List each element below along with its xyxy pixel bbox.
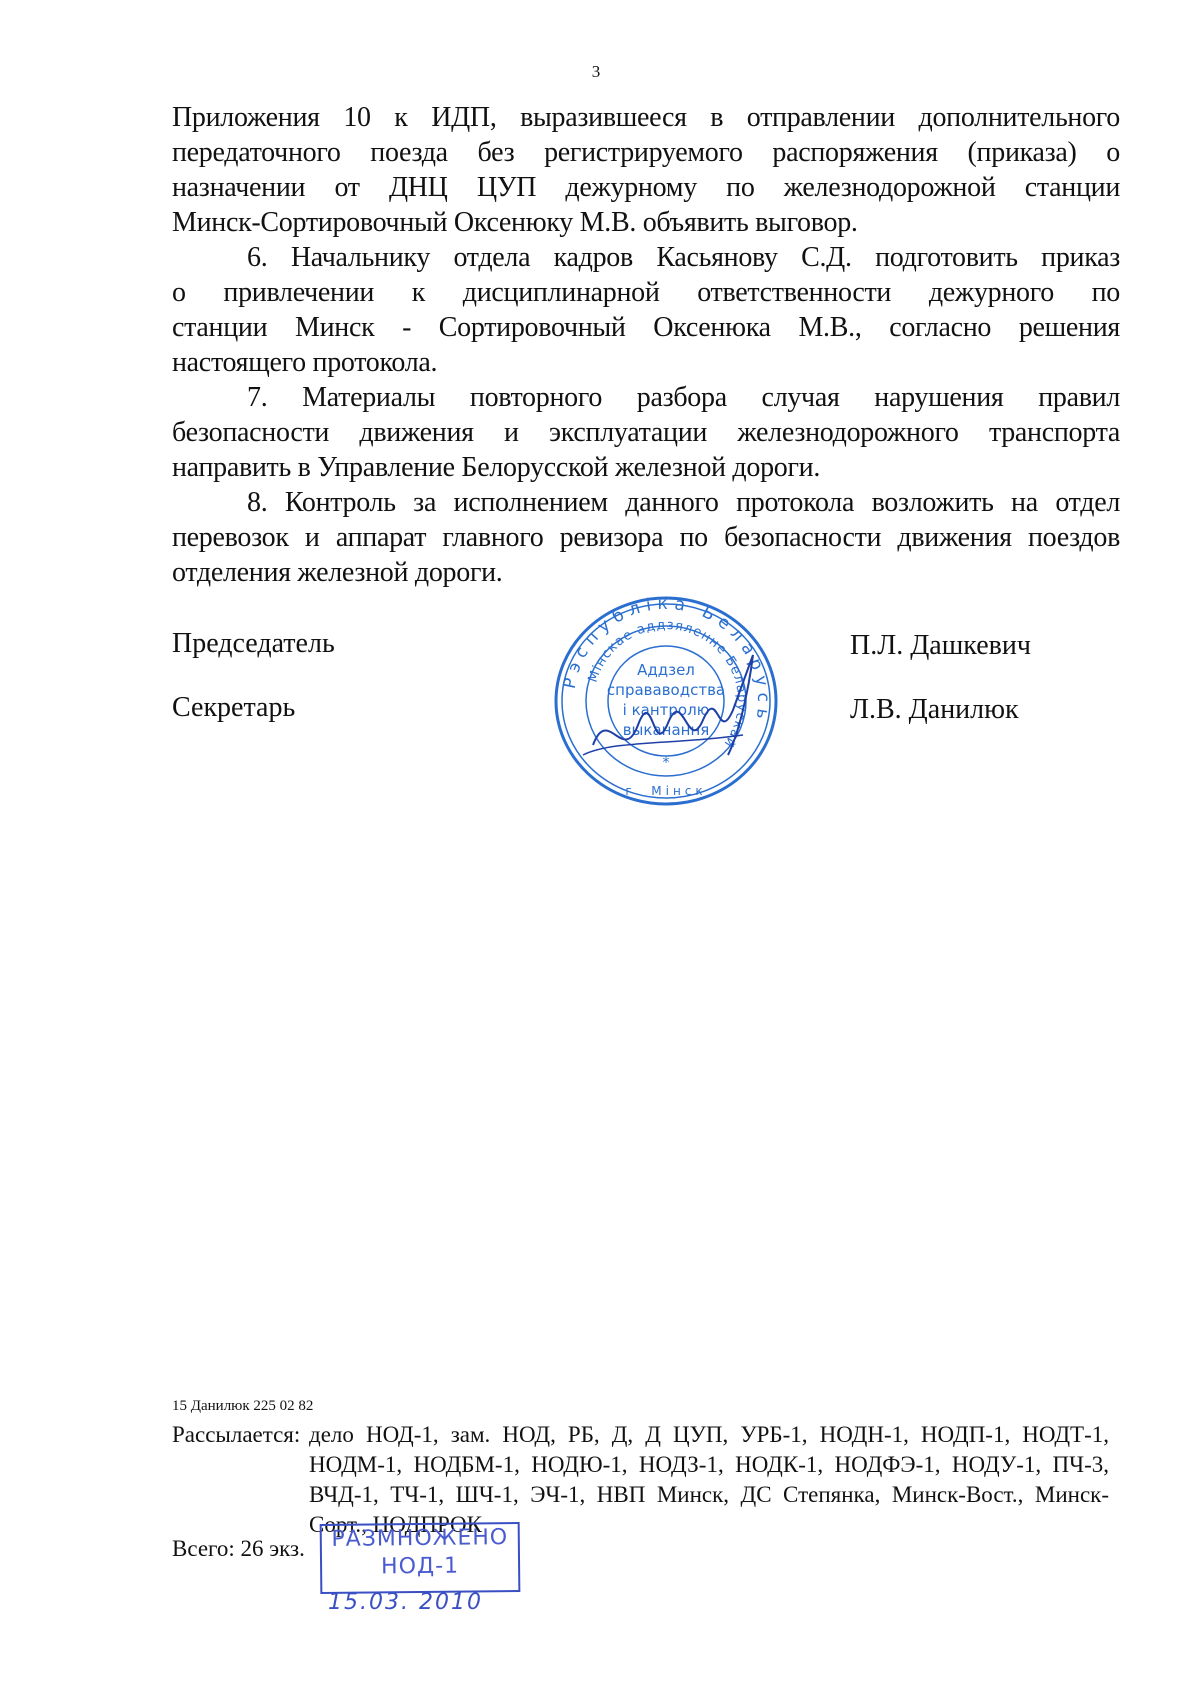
text-line: передаточного поезда без регистрируемого… [172, 135, 1120, 170]
executor-contact: 15 Данилюк 225 02 82 [172, 1398, 313, 1415]
distribution-line: НОДМ-1, НОДБМ-1, НОДЮ-1, НОДЗ-1, НОДК-1,… [309, 1450, 1109, 1480]
text-line: Приложения 10 к ИДП, выразившееся в отпр… [172, 100, 1120, 135]
total-copies: Всего: 26 экз. [172, 1536, 305, 1562]
distribution-line: ВЧД-1, ТЧ-1, ШЧ-1, ЭЧ-1, НВП Минск, ДС С… [309, 1480, 1109, 1510]
svg-text:Аддзел: Аддзел [637, 661, 695, 679]
text-line: безопасности движения и эксплуатации жел… [172, 415, 1120, 450]
secretary-name: Л.В. Данилюк [850, 694, 1019, 726]
secretary-title: Секретарь [172, 692, 295, 724]
seal-icon: Рэспубліка Беларусь Мінскае аддзяленне Б… [553, 595, 779, 807]
svg-text:справаводства: справаводства [607, 681, 725, 699]
text-line: направить в Управление Белорусской желез… [172, 450, 1120, 485]
chairman-title: Председатель [172, 628, 335, 660]
stamp-date: 15.03. 2010 [328, 1590, 483, 1615]
stamp-line-2: НОД-1 [322, 1552, 518, 1582]
text-line: станции Минск - Сортировочный Оксенюка М… [172, 310, 1120, 345]
distribution-line: дело НОД-1, зам. НОД, РБ, Д, Д ЦУП, УРБ-… [309, 1420, 1109, 1450]
paragraph-6: 6. Начальнику отдела кадров Касьянову С.… [172, 240, 1120, 380]
paragraph-continuation: Приложения 10 к ИДП, выразившееся в отпр… [172, 100, 1120, 240]
text-line: 6. Начальнику отдела кадров Касьянову С.… [172, 240, 1120, 275]
text-line: перевозок и аппарат главного ревизора по… [172, 520, 1120, 555]
text-line: настоящего протокола. [172, 345, 1120, 380]
paragraph-8: 8. Контроль за исполнением данного прото… [172, 485, 1120, 590]
text-line: 7. Материалы повторного разбора случая н… [172, 380, 1120, 415]
distribution-label: Рассылается: [172, 1420, 300, 1450]
round-seal-stamp: Рэспубліка Беларусь Мінскае аддзяленне Б… [553, 595, 779, 807]
text-line: отделения железной дороги. [172, 555, 1120, 590]
page-number: 3 [0, 62, 1192, 82]
svg-text:і кантролю: і кантролю [623, 701, 710, 719]
text-line: 8. Контроль за исполнением данного прото… [172, 485, 1120, 520]
stamp-line-1: РАЗМНОЖЕНО [322, 1524, 518, 1554]
paragraph-7: 7. Материалы повторного разбора случая н… [172, 380, 1120, 485]
copied-stamp: РАЗМНОЖЕНО НОД-1 [320, 1522, 521, 1594]
chairman-name: П.Л. Дашкевич [850, 630, 1031, 662]
svg-text:г. Мінск: г. Мінск [625, 784, 706, 798]
text-line: Минск-Сортировочный Оксенюку М.В. объяви… [172, 205, 1120, 240]
svg-text:*: * [663, 755, 670, 771]
text-line: о привлечении к дисциплинарной ответстве… [172, 275, 1120, 310]
text-line: назначении от ДНЦ ЦУП дежурному по желез… [172, 170, 1120, 205]
